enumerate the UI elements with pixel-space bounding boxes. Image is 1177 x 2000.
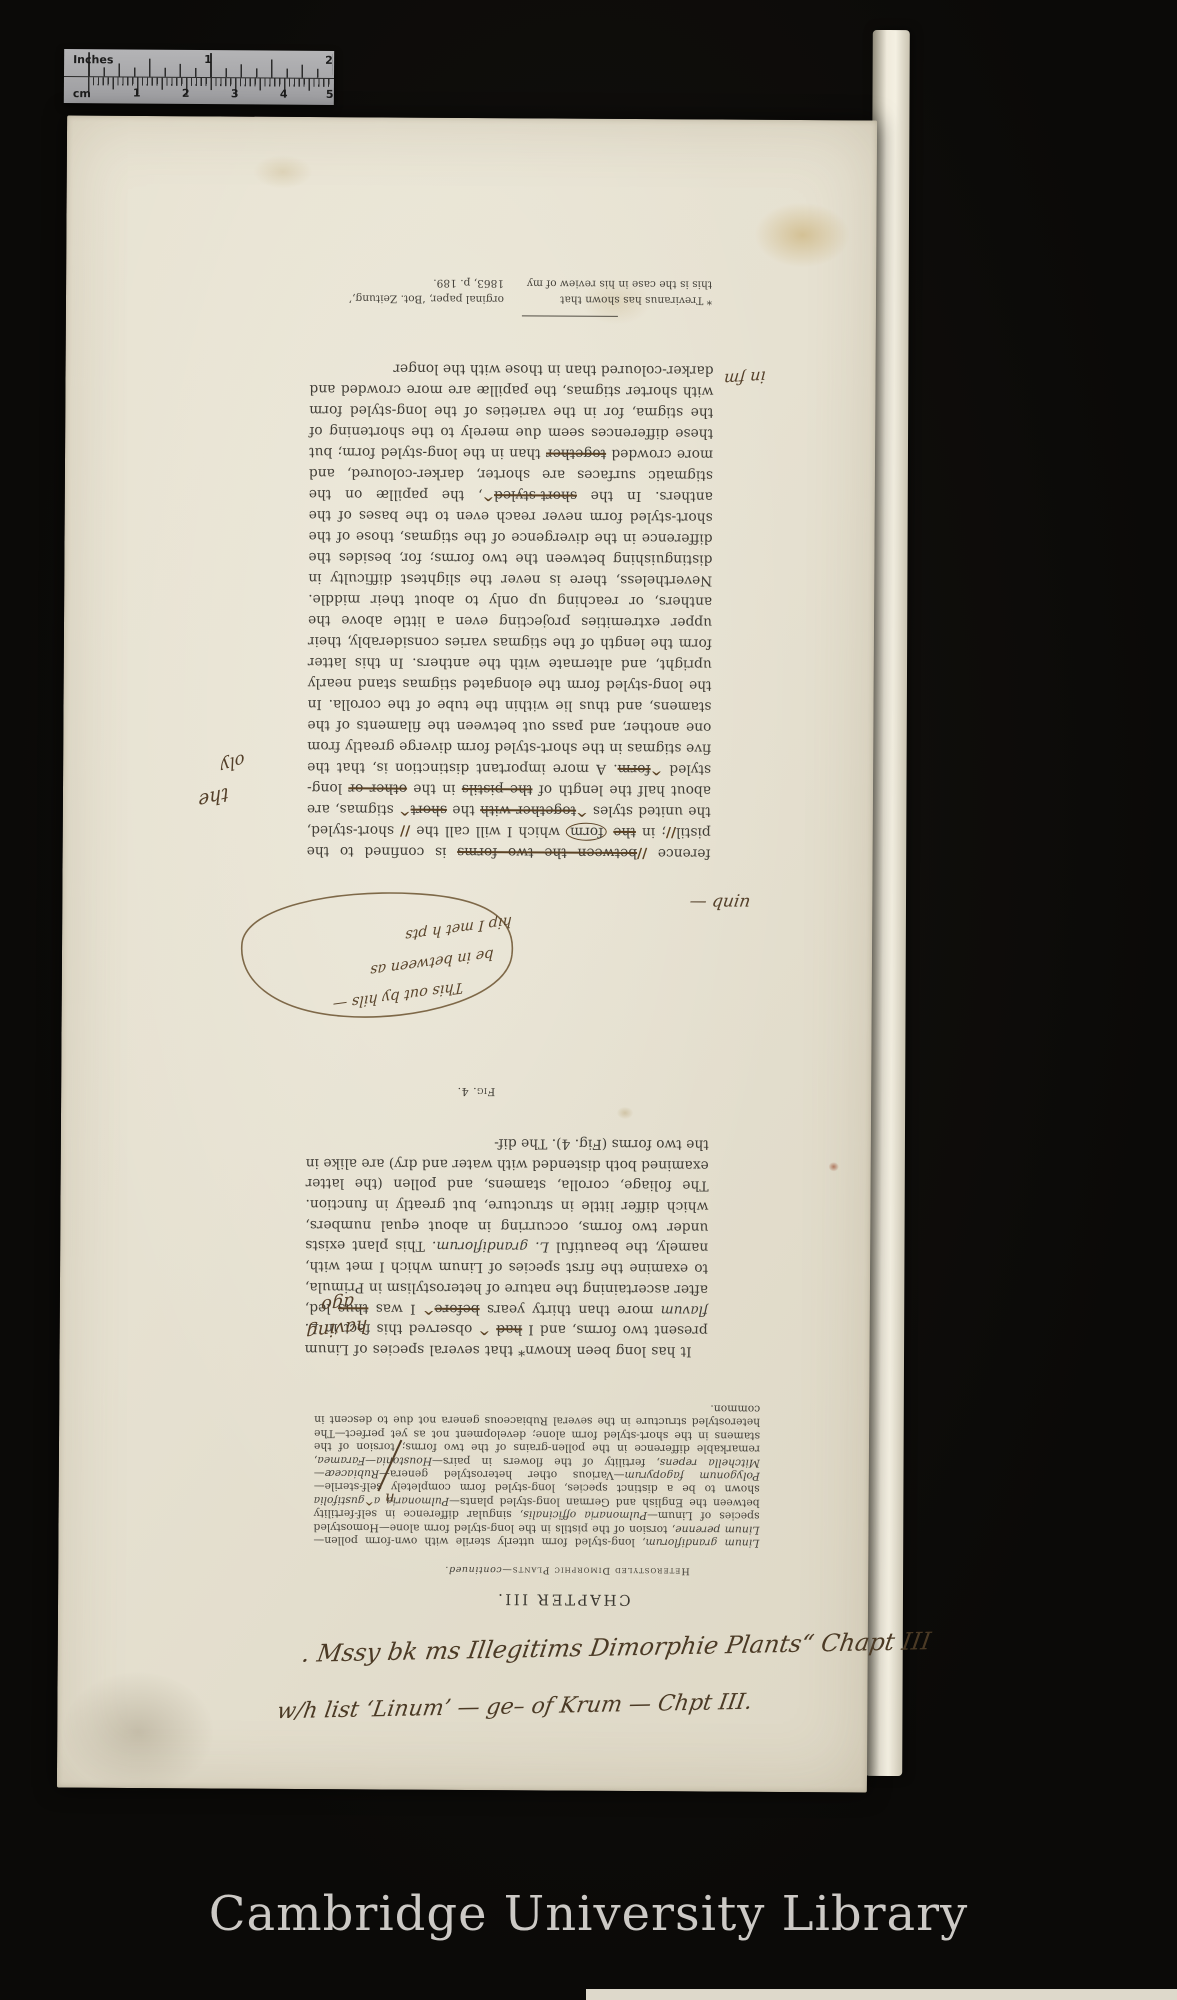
margin-annotation: the bbox=[198, 783, 230, 813]
paragraph-2: ference //between the two forms is confi… bbox=[307, 357, 714, 863]
scan-background: { "ruler": { "unit_top": "Inches", "unit… bbox=[0, 0, 1177, 2000]
footnote-line: this is the case in his review of my bbox=[512, 275, 712, 292]
proof-sheet: CHAPTER III. Heterostyled Dimorphic Plan… bbox=[57, 116, 877, 1793]
section-heading: Heterostyled Dimorphic Plants—continued. bbox=[366, 1563, 768, 1576]
scale-unit-inches: Inches bbox=[73, 53, 113, 66]
rotated-printed-matter: CHAPTER III. Heterostyled Dimorphic Plan… bbox=[57, 116, 877, 1793]
scale-number: 2 bbox=[325, 54, 333, 67]
margin-annotation: in fm bbox=[723, 367, 766, 389]
scale-number: 3 bbox=[231, 87, 239, 100]
footnote-line: * Treviranus has shown that bbox=[512, 291, 712, 308]
chapter-heading: CHAPTER III. bbox=[362, 1589, 764, 1609]
oval-annotation: This out by hils — be in between as hip … bbox=[232, 883, 535, 1027]
footnote-rule bbox=[522, 315, 618, 317]
figure-caption: Fig. 4. bbox=[411, 1085, 541, 1099]
footnote-column-1: * Treviranus has shown that this is the … bbox=[512, 275, 712, 307]
scale-number: 4 bbox=[280, 88, 288, 101]
footnote-column-2: orginal paper, ‘Bot. Zeitung,’ 1863, p. … bbox=[304, 274, 504, 306]
scan-edge-strip bbox=[586, 1989, 1177, 2000]
scale-number: 2 bbox=[182, 87, 190, 100]
library-watermark: Cambridge University Library bbox=[0, 1886, 1177, 1942]
footnote: * Treviranus has shown that this is the … bbox=[304, 274, 712, 307]
manuscript-inscription: . Mssy bk ms Illegitims Dimorphie Plants… bbox=[289, 1613, 907, 1741]
proofreader-slash bbox=[377, 1440, 402, 1492]
margin-annotation: — quin bbox=[688, 891, 752, 911]
scale-number: 1 bbox=[133, 87, 141, 100]
footnote-line: 1863, p. 189. bbox=[304, 274, 504, 291]
footnote-line: orginal paper, ‘Bot. Zeitung,’ bbox=[304, 289, 504, 306]
centimetre-ticks bbox=[88, 77, 332, 96]
scale-unit-cm: cm bbox=[73, 87, 91, 100]
scale-number: 5 bbox=[326, 88, 334, 101]
proofreader-insert-mark: n bbox=[361, 1437, 411, 1507]
margin-annotation: oly bbox=[219, 749, 246, 777]
scale-number: 1 bbox=[204, 53, 212, 66]
margin-annotation-ago: having ago bbox=[306, 1289, 368, 1343]
measuring-scale: Inches cm 1 2 1 2 3 4 5 bbox=[64, 49, 334, 105]
